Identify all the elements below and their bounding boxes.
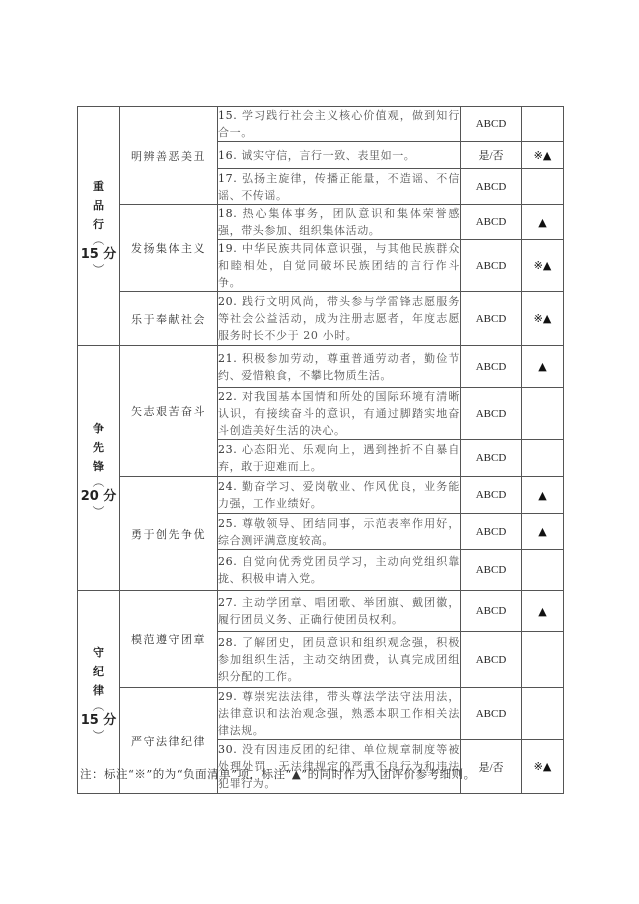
item-description: 积极参加劳动，尊重普通劳动者，勤俭节约、爱惜粮食，不攀比物质生活。 bbox=[218, 352, 460, 382]
table-row: 勇于创先争优 24. 勤奋学习、爱岗敬业、作风优良，业务能力强，工作业绩好。 A… bbox=[78, 477, 564, 514]
item-description: 诚实守信，言行一致、表里如一。 bbox=[241, 149, 415, 162]
scoring-type: ABCD bbox=[461, 477, 522, 514]
mark-cell: ▲ bbox=[522, 205, 564, 240]
category-cell: 争 先 锋 ︵ 20 分 ︶ bbox=[78, 346, 120, 591]
item-number: 22. bbox=[218, 390, 237, 403]
evaluation-table: 重 品 行 ︵ 15 分 ︶ 明辨善恶美丑 15. 学习践行社会主义核心价值观，… bbox=[77, 106, 564, 794]
category-char: 锋 bbox=[78, 457, 119, 476]
item-text: 19. 中华民族共同体意识强，与其他民族群众和睦相处，自觉同破坏民族团结的言行作… bbox=[218, 240, 461, 292]
category-char: 品 bbox=[78, 196, 119, 215]
paren-close: ︶ bbox=[78, 730, 119, 742]
item-description: 对我国基本国情和所处的国际环境有清晰认识，有接续奋斗的意识，有通过脚踏实地奋斗创… bbox=[218, 390, 460, 437]
item-text: 22. 对我国基本国情和所处的国际环境有清晰认识，有接续奋斗的意识，有通过脚踏实… bbox=[218, 388, 461, 440]
subcategory-cell: 勇于创先争优 bbox=[120, 477, 218, 591]
scoring-type: ABCD bbox=[461, 514, 522, 550]
item-description: 中华民族共同体意识强，与其他民族群众和睦相处，自觉同破坏民族团结的言行作斗争。 bbox=[218, 242, 460, 289]
mark-cell bbox=[522, 440, 564, 477]
item-number: 23. bbox=[218, 443, 237, 456]
item-text: 16. 诚实守信，言行一致、表里如一。 bbox=[218, 142, 461, 169]
item-text: 21. 积极参加劳动，尊重普通劳动者，勤俭节约、爱惜粮食，不攀比物质生活。 bbox=[218, 346, 461, 388]
category-char: 争 bbox=[78, 419, 119, 438]
item-description: 心态阳光、乐观向上，遇到挫折不自暴自弃，敢于迎难而上。 bbox=[218, 443, 460, 473]
item-number: 28. bbox=[218, 636, 237, 649]
subcategory-cell: 发扬集体主义 bbox=[120, 205, 218, 292]
scoring-type: ABCD bbox=[461, 688, 522, 740]
item-text: 15. 学习践行社会主义核心价值观，做到知行合一。 bbox=[218, 107, 461, 142]
item-number: 26. bbox=[218, 555, 237, 568]
scoring-type: 是/否 bbox=[461, 142, 522, 169]
paren-close: ︶ bbox=[78, 264, 119, 276]
category-score: 15 分 bbox=[78, 712, 119, 730]
item-text: 24. 勤奋学习、爱岗敬业、作风优良，业务能力强，工作业绩好。 bbox=[218, 477, 461, 514]
category-score: 15 分 bbox=[78, 246, 119, 264]
scoring-type: ABCD bbox=[461, 240, 522, 292]
scoring-type: ABCD bbox=[461, 107, 522, 142]
table-row: 重 品 行 ︵ 15 分 ︶ 明辨善恶美丑 15. 学习践行社会主义核心价值观，… bbox=[78, 107, 564, 142]
paren-open: ︵ bbox=[78, 476, 119, 488]
item-description: 弘扬主旋律，传播正能量，不造谣、不信谣、不传谣。 bbox=[218, 172, 460, 202]
table-row: 守 纪 律 ︵ 15 分 ︶ 模范遵守团章 27. 主动学团章、唱团歌、举团旗、… bbox=[78, 591, 564, 632]
mark-cell: ▲ bbox=[522, 591, 564, 632]
footnote: 注：标注“※”的为“负面清单”项，标注“▲”的同时作为入团评价参考细则。 bbox=[80, 766, 580, 782]
item-number: 29. bbox=[218, 690, 237, 703]
item-number: 24. bbox=[218, 480, 237, 493]
item-number: 25. bbox=[218, 517, 237, 530]
item-description: 勤奋学习、爱岗敬业、作风优良，业务能力强，工作业绩好。 bbox=[218, 480, 460, 510]
mark-cell bbox=[522, 550, 564, 591]
item-number: 17. bbox=[218, 172, 237, 185]
item-description: 学习践行社会主义核心价值观，做到知行合一。 bbox=[218, 109, 460, 139]
item-number: 16. bbox=[218, 149, 237, 162]
subcategory-cell: 乐于奉献社会 bbox=[120, 292, 218, 346]
item-text: 23. 心态阳光、乐观向上，遇到挫折不自暴自弃，敢于迎难而上。 bbox=[218, 440, 461, 477]
mark-cell bbox=[522, 107, 564, 142]
table-row: 争 先 锋 ︵ 20 分 ︶ 矢志艰苦奋斗 21. 积极参加劳动，尊重普通劳动者… bbox=[78, 346, 564, 388]
scoring-type: ABCD bbox=[461, 440, 522, 477]
item-description: 热心集体事务，团队意识和集体荣誉感强，带头参加、组织集体活动。 bbox=[218, 207, 460, 237]
mark-cell: ※▲ bbox=[522, 292, 564, 346]
item-description: 尊敬领导、团结同事，示范表率作用好，综合测评满意度较高。 bbox=[218, 517, 460, 547]
category-char: 行 bbox=[78, 215, 119, 234]
item-text: 18. 热心集体事务，团队意识和集体荣誉感强，带头参加、组织集体活动。 bbox=[218, 205, 461, 240]
category-char: 纪 bbox=[78, 662, 119, 681]
category-cell: 守 纪 律 ︵ 15 分 ︶ bbox=[78, 591, 120, 794]
item-description: 了解团史，团员意识和组织观念强，积极参加组织生活，主动交纳团费，认真完成团组织分… bbox=[218, 636, 460, 683]
mark-cell: ▲ bbox=[522, 346, 564, 388]
item-number: 18. bbox=[218, 207, 237, 220]
subcategory-cell: 明辨善恶美丑 bbox=[120, 107, 218, 205]
item-text: 17. 弘扬主旋律，传播正能量，不造谣、不信谣、不传谣。 bbox=[218, 169, 461, 205]
item-text: 26. 自觉向优秀党团员学习，主动向党组织靠拢、积极申请入党。 bbox=[218, 550, 461, 591]
category-char: 先 bbox=[78, 438, 119, 457]
item-description: 尊崇宪法法律，带头尊法学法守法用法，法律意识和法治观念强，熟悉本职工作相关法律法… bbox=[218, 690, 460, 737]
item-text: 20. 践行文明风尚，带头参与学雷锋志愿服务等社会公益活动，成为注册志愿者，年度… bbox=[218, 292, 461, 346]
mark-cell bbox=[522, 169, 564, 205]
category-char: 律 bbox=[78, 681, 119, 700]
item-number: 21. bbox=[218, 352, 237, 365]
mark-cell bbox=[522, 688, 564, 740]
item-text: 29. 尊崇宪法法律，带头尊法学法守法用法，法律意识和法治观念强，熟悉本职工作相… bbox=[218, 688, 461, 740]
item-number: 27. bbox=[218, 596, 237, 609]
mark-cell bbox=[522, 632, 564, 688]
item-description: 践行文明风尚，带头参与学雷锋志愿服务等社会公益活动，成为注册志愿者，年度志愿服务… bbox=[218, 295, 460, 342]
scoring-type: ABCD bbox=[461, 205, 522, 240]
scoring-type: ABCD bbox=[461, 346, 522, 388]
item-description: 主动学团章、唱团歌、举团旗、戴团徽，履行团员义务、正确行使团员权利。 bbox=[218, 596, 460, 626]
mark-cell: ▲ bbox=[522, 477, 564, 514]
item-number: 19. bbox=[218, 242, 237, 255]
scoring-type: ABCD bbox=[461, 169, 522, 205]
scoring-type: ABCD bbox=[461, 388, 522, 440]
paren-close: ︶ bbox=[78, 506, 119, 518]
category-char: 重 bbox=[78, 177, 119, 196]
scoring-type: ABCD bbox=[461, 292, 522, 346]
category-char: 守 bbox=[78, 643, 119, 662]
mark-cell: ※▲ bbox=[522, 240, 564, 292]
paren-open: ︵ bbox=[78, 700, 119, 712]
item-text: 28. 了解团史，团员意识和组织观念强，积极参加组织生活，主动交纳团费，认真完成… bbox=[218, 632, 461, 688]
item-number: 30. bbox=[218, 743, 237, 756]
scoring-type: ABCD bbox=[461, 591, 522, 632]
scoring-type: ABCD bbox=[461, 632, 522, 688]
subcategory-cell: 模范遵守团章 bbox=[120, 591, 218, 688]
item-number: 15. bbox=[218, 109, 237, 122]
scoring-type: ABCD bbox=[461, 550, 522, 591]
category-cell: 重 品 行 ︵ 15 分 ︶ bbox=[78, 107, 120, 346]
item-number: 20. bbox=[218, 295, 237, 308]
item-text: 25. 尊敬领导、团结同事，示范表率作用好，综合测评满意度较高。 bbox=[218, 514, 461, 550]
table-row: 严守法律纪律 29. 尊崇宪法法律，带头尊法学法守法用法，法律意识和法治观念强，… bbox=[78, 688, 564, 740]
table-row: 乐于奉献社会 20. 践行文明风尚，带头参与学雷锋志愿服务等社会公益活动，成为注… bbox=[78, 292, 564, 346]
mark-cell bbox=[522, 388, 564, 440]
subcategory-cell: 矢志艰苦奋斗 bbox=[120, 346, 218, 477]
paren-open: ︵ bbox=[78, 234, 119, 246]
item-description: 自觉向优秀党团员学习，主动向党组织靠拢、积极申请入党。 bbox=[218, 555, 460, 585]
mark-cell: ▲ bbox=[522, 514, 564, 550]
item-text: 27. 主动学团章、唱团歌、举团旗、戴团徽，履行团员义务、正确行使团员权利。 bbox=[218, 591, 461, 632]
category-score: 20 分 bbox=[78, 488, 119, 506]
table-row: 发扬集体主义 18. 热心集体事务，团队意识和集体荣誉感强，带头参加、组织集体活… bbox=[78, 205, 564, 240]
mark-cell: ※▲ bbox=[522, 142, 564, 169]
